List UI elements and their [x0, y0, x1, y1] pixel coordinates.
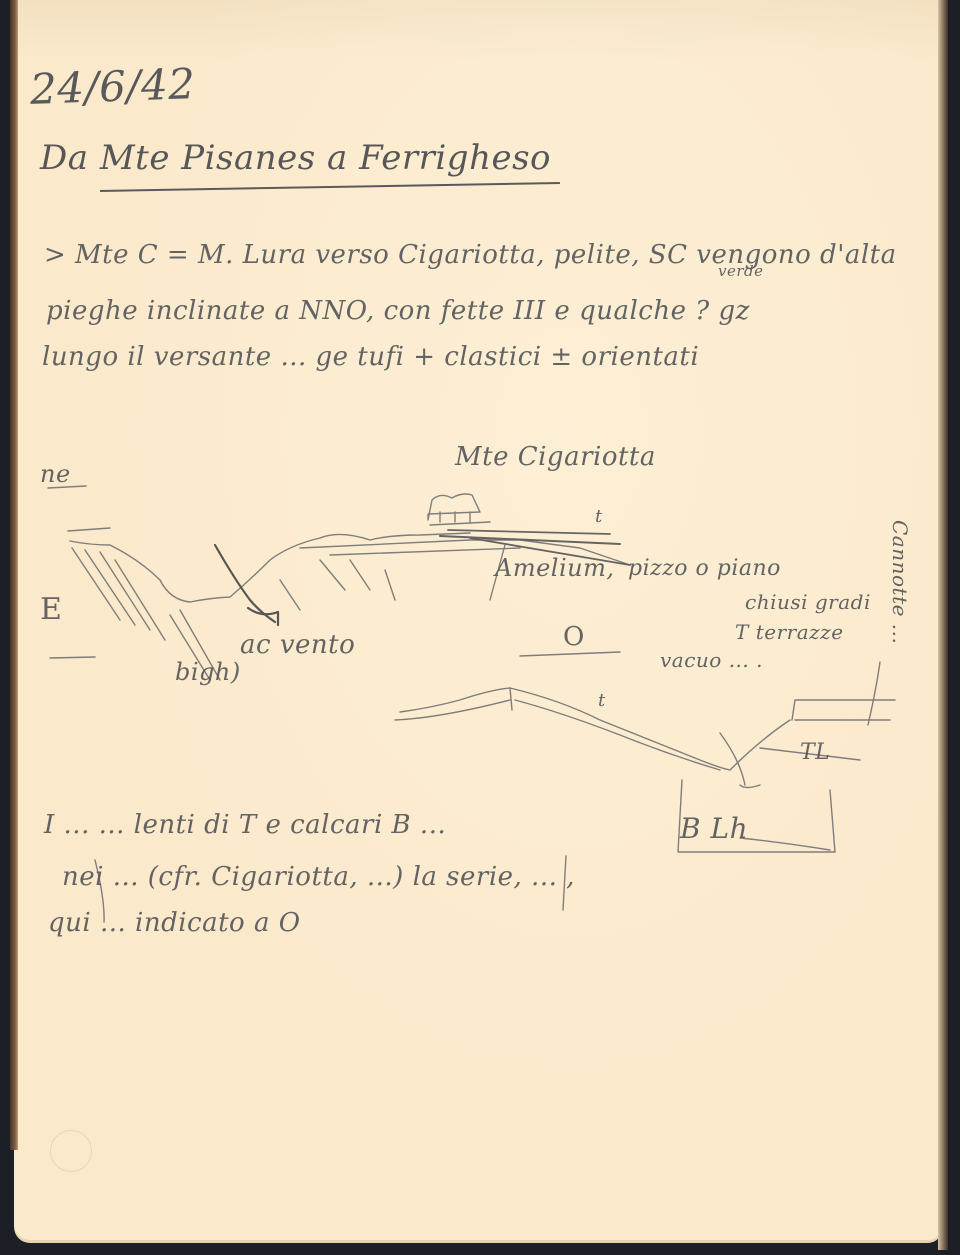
sketch-vertical-note: Cannotte ... — [888, 520, 912, 644]
faint-stamp — [50, 1130, 92, 1172]
sketch-label-cigariotta: Mte Cigariotta — [455, 442, 656, 472]
sketch-label-ne: ne — [40, 460, 71, 488]
note-line-1-superscript: verde — [718, 262, 764, 280]
sketch-label-chiusi: chiusi gradi — [745, 590, 871, 614]
sketch-label-west: O — [563, 622, 585, 652]
note-line-1: > Mte C = M. Lura verso Cigariotta, peli… — [44, 240, 897, 270]
paragraph-line-1: I ... ... lenti di T e calcari B ... — [44, 810, 446, 840]
sketch-label-terrazze: T terrazze — [735, 620, 844, 644]
sketch-label-pizzo: pizzo o piano — [628, 556, 781, 581]
sketch-label-amelium: Amelium, — [495, 554, 615, 582]
sketch-label-east: E — [40, 592, 62, 627]
note-line-3: lungo il versante ... ge tufi + clastici… — [42, 342, 699, 372]
sketch-label-tl: TL — [800, 740, 830, 765]
paragraph-line-2: nei ... (cfr. Cigariotta, ...) la serie,… — [62, 862, 575, 892]
entry-title: Da Mte Pisanes a Ferrigheso — [40, 138, 551, 178]
entry-date: 24/6/42 — [29, 59, 196, 114]
sketch-label-b: B Lh — [680, 812, 748, 845]
note-line-2: pieghe inclinate a NNO, con fette III e … — [46, 296, 750, 326]
sketch-label-vacuo: vacuo ... . — [660, 648, 763, 672]
page-edge — [938, 0, 948, 1250]
sketch-label-t-lower: t — [598, 690, 606, 711]
sketch-label-vento: ac vento — [240, 630, 355, 660]
sketch-label-bigh: bigh) — [175, 658, 241, 686]
sketch-label-t-upper: t — [595, 506, 603, 527]
paragraph-line-3: qui ... indicato a O — [48, 908, 301, 938]
notebook-binding — [10, 0, 18, 1150]
